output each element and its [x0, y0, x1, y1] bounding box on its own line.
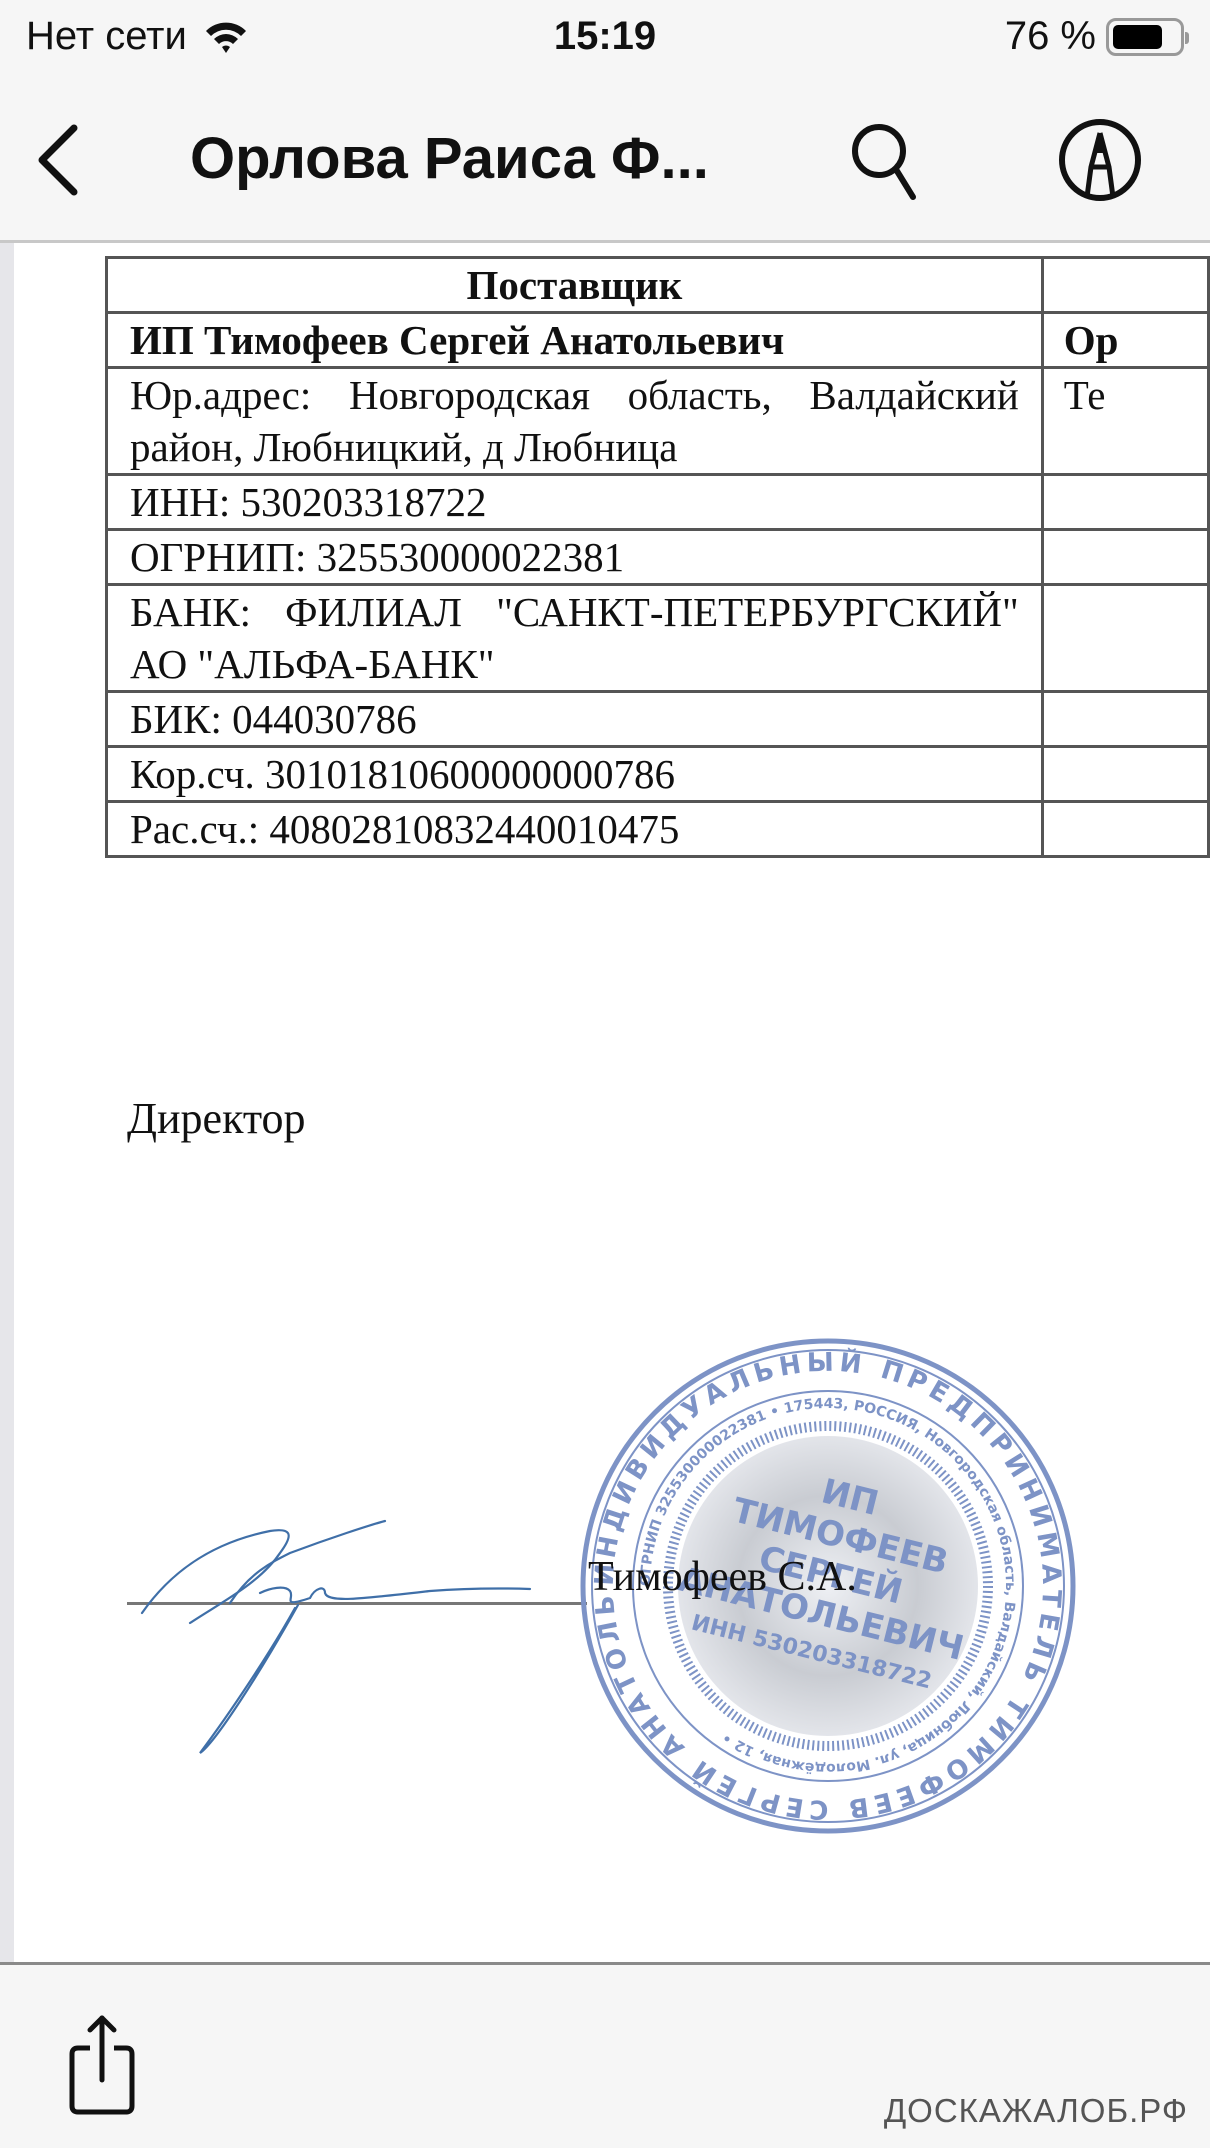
empty-cell [1042, 530, 1208, 585]
bank-cell: БАНК: ФИЛИАЛ "САНКТ-ПЕТЕРБУРГСКИЙ" АО "А… [107, 585, 1043, 692]
bank-line1: БАНК: ФИЛИАЛ "САНКТ-ПЕТЕРБУРГСКИЙ" [130, 586, 1019, 638]
buyer-header-cell [1042, 258, 1208, 313]
legal-address-cell: Юр.адрес: Новгородская область, Валдайск… [107, 368, 1043, 475]
table-row: ИНН: 530203318722 [107, 475, 1209, 530]
table-row: ОГРНИП: 325530000022381 [107, 530, 1209, 585]
document-title: Орлова Раиса Ф... [190, 125, 709, 192]
search-icon [845, 115, 925, 205]
supplier-header: Поставщик [107, 258, 1043, 313]
share-icon [60, 2010, 150, 2120]
table-row: Юр.адрес: Новгородская область, Валдайск… [107, 368, 1209, 475]
corr-account-cell: Кор.сч. 30101810600000000786 [107, 747, 1043, 802]
supplier-name: ИП Тимофеев Сергей Анатольевич [107, 313, 1043, 368]
handwritten-signature [130, 1513, 560, 1763]
table-row: БИК: 044030786 [107, 692, 1209, 747]
settlement-account-cell: Рас.сч.: 40802810832440010475 [107, 802, 1043, 857]
markup-button[interactable] [1055, 115, 1145, 205]
empty-cell [1042, 692, 1208, 747]
table-row: Кор.сч. 30101810600000000786 [107, 747, 1209, 802]
table-row: БАНК: ФИЛИАЛ "САНКТ-ПЕТЕРБУРГСКИЙ" АО "А… [107, 585, 1209, 692]
signer-name: Тимофеев С.А. [588, 1553, 857, 1601]
ogrnip-cell: ОГРНИП: 325530000022381 [107, 530, 1043, 585]
battery-status: 76 % [1005, 14, 1184, 59]
legal-address-line1: Юр.адрес: Новгородская область, Валдайск… [130, 369, 1019, 421]
search-button[interactable] [845, 115, 925, 205]
legal-address-line2: район, Любницкий, д Любница [130, 421, 1019, 473]
markup-pen-icon [1055, 115, 1145, 205]
table-header-row: Поставщик [107, 258, 1209, 313]
toolbar-divider [0, 1962, 1210, 1965]
table-row: Рас.сч.: 40802810832440010475 [107, 802, 1209, 857]
supplier-details-table: Поставщик ИП Тимофеев Сергей Анатольевич… [105, 256, 1210, 858]
battery-percent: 76 % [1005, 14, 1096, 59]
position-label: Директор [127, 1093, 306, 1144]
bank-line2: АО "АЛЬФА-БАНК" [130, 638, 1019, 690]
inn-cell: ИНН: 530203318722 [107, 475, 1043, 530]
empty-cell [1042, 585, 1208, 692]
bik-cell: БИК: 044030786 [107, 692, 1043, 747]
buyer-name-fragment: Ор [1042, 313, 1208, 368]
empty-cell [1042, 747, 1208, 802]
battery-icon [1106, 18, 1184, 56]
table-row: ИП Тимофеев Сергей Анатольевич Ор [107, 313, 1209, 368]
pdf-page[interactable]: Поставщик ИП Тимофеев Сергей Анатольевич… [0, 243, 1210, 1963]
status-bar: Нет сети 15:19 76 % [0, 0, 1210, 80]
watermark: ДОСКАЖАЛОБ.РФ [884, 2092, 1188, 2130]
page-edge [0, 243, 14, 1963]
share-button[interactable] [60, 2010, 150, 2120]
nav-bar: Орлова Раиса Ф... [0, 95, 1210, 235]
empty-cell [1042, 475, 1208, 530]
back-button[interactable] [30, 120, 90, 200]
chevron-left-icon [30, 120, 90, 200]
empty-cell [1042, 802, 1208, 857]
buyer-address-fragment: Те [1042, 368, 1208, 475]
